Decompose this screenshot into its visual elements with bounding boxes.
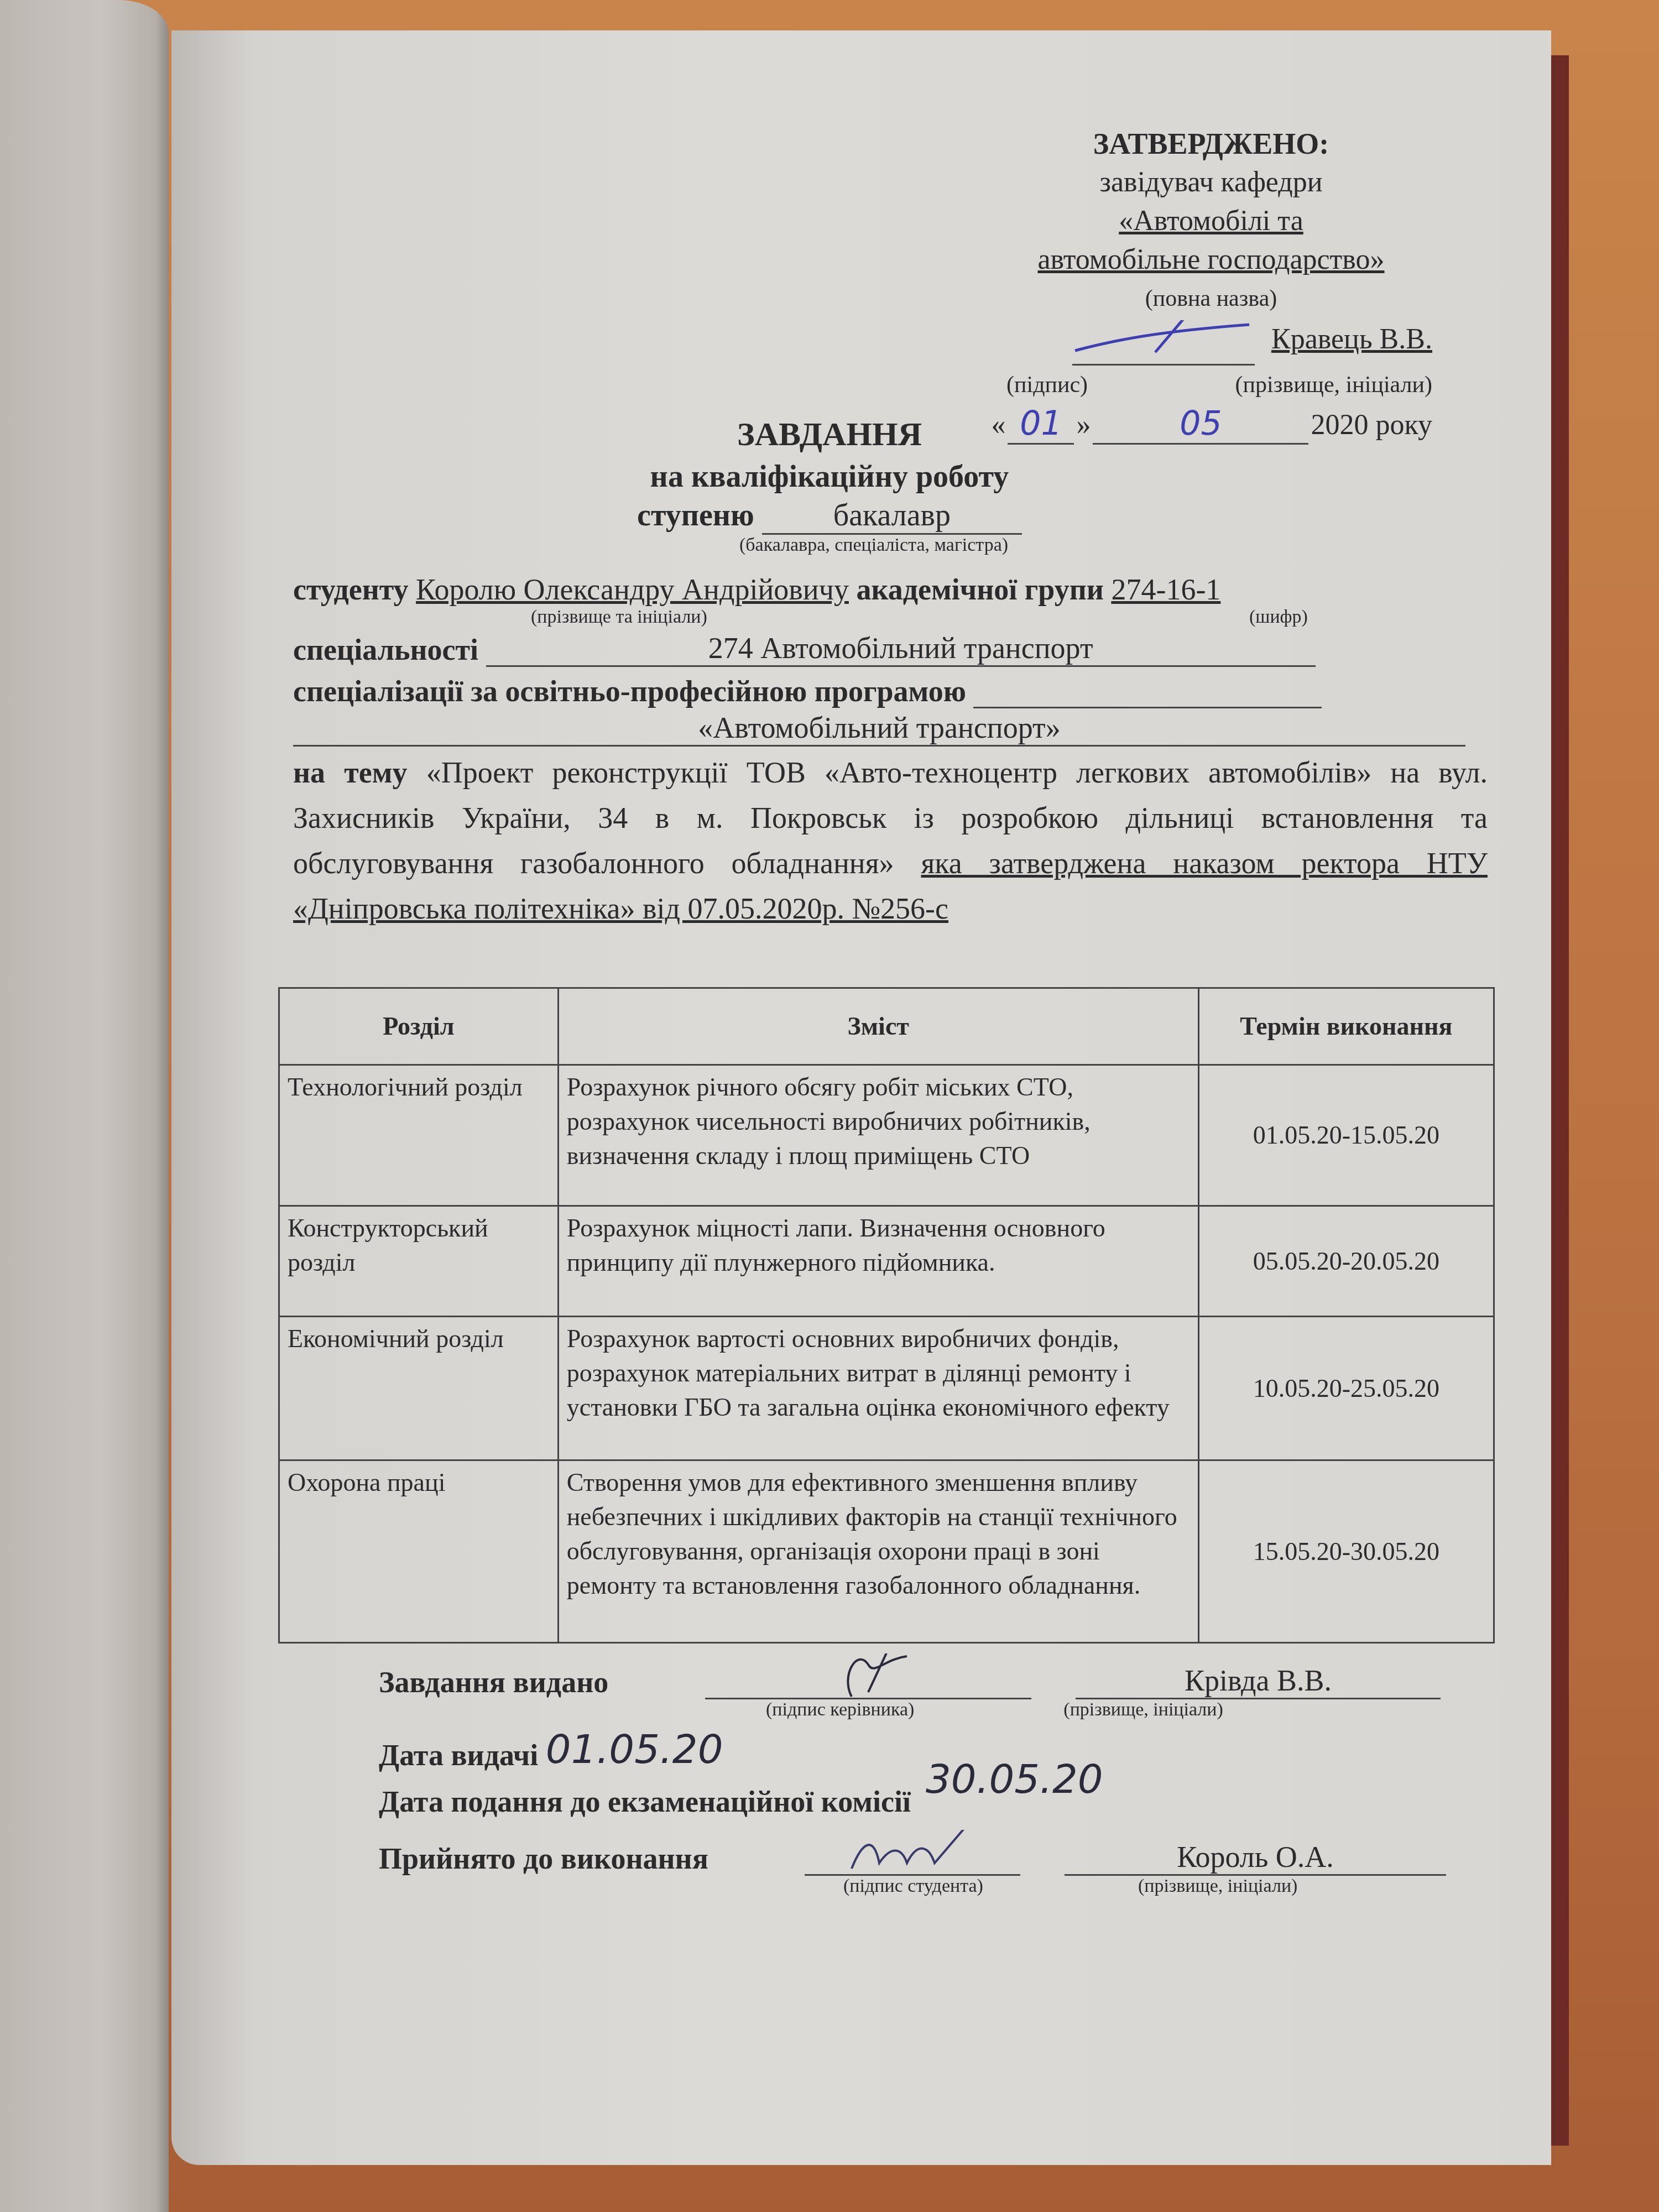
approval-title: ЗАТВЕРДЖЕНО: bbox=[990, 124, 1432, 163]
cell-content: Розрахунок міцності лапи. Визначення осн… bbox=[558, 1206, 1198, 1317]
cell-content: Розрахунок річного обсягу робіт міських … bbox=[558, 1065, 1198, 1206]
page-subtitle: на кваліфікаційну роботу bbox=[553, 456, 1106, 498]
header-term: Термін виконання bbox=[1198, 988, 1494, 1065]
specialty-line: спеціальності 274 Автомобільний транспор… bbox=[293, 631, 1488, 667]
degree-line: ступеню бакалавр bbox=[553, 498, 1106, 535]
header-content: Зміст bbox=[558, 988, 1198, 1065]
table-row: Технологічний розділ Розрахунок річного … bbox=[279, 1065, 1494, 1206]
signoff-block: Завдання видано Крівда В.В. (підпис кері… bbox=[379, 1653, 1485, 1897]
cell-section: Економічний розділ bbox=[279, 1317, 559, 1460]
table-row: Конструкторський розділ Розрахунок міцно… bbox=[279, 1206, 1494, 1317]
submit-date-line: Дата подання до екзаменаційної комісії 3… bbox=[379, 1772, 1485, 1819]
approval-role: завідувач кафедри bbox=[990, 163, 1432, 202]
date-year: 2020 року bbox=[1311, 406, 1432, 445]
department-caption: (повна назва) bbox=[990, 279, 1432, 318]
signature-mark-icon bbox=[830, 1830, 995, 1874]
student-signature-caption: (підпис студента) bbox=[843, 1876, 983, 1897]
cell-content: Розрахунок вартості основних виробничих … bbox=[558, 1317, 1198, 1460]
cell-term: 15.05.20-30.05.20 bbox=[1198, 1460, 1494, 1643]
task-table: Розділ Зміст Термін виконання Технологіч… bbox=[278, 987, 1495, 1644]
specialization-blank bbox=[973, 672, 1322, 708]
supervisor-name: Крівда В.В. bbox=[1076, 1663, 1441, 1699]
specialty-value: 274 Автомобільний транспорт bbox=[486, 631, 1316, 667]
signature-mark-icon bbox=[1072, 320, 1255, 353]
degree-label: ступеню bbox=[637, 498, 754, 533]
accepted-label: Прийнято до виконання bbox=[379, 1841, 805, 1876]
specialization-label: спеціалізації за освітньо-професійною пр… bbox=[293, 674, 966, 708]
name-caption: (прізвище, ініціали) bbox=[1235, 366, 1432, 404]
signature-caption: (підпис) bbox=[1006, 366, 1088, 404]
degree-caption: (бакалавра, спеціаліста, магістра) bbox=[641, 535, 1106, 556]
student-captions: (прізвище та ініціали) (шифр) bbox=[293, 607, 1488, 628]
cell-content: Створення умов для ефективного зменшення… bbox=[558, 1460, 1198, 1643]
table-header-row: Розділ Зміст Термін виконання bbox=[279, 988, 1494, 1065]
degree-value: бакалавр bbox=[762, 498, 1022, 535]
student-info: студенту Королю Олександру Андрійовичу а… bbox=[293, 572, 1488, 931]
student-signature bbox=[805, 1830, 1020, 1876]
group-label: академічної групи bbox=[856, 572, 1104, 607]
specialization-value: «Автомобільний транспорт» bbox=[293, 711, 1465, 747]
student-name: Королю Олександру Андрійовичу bbox=[416, 572, 849, 607]
approval-block: ЗАТВЕРДЖЕНО: завідувач кафедри «Автомобі… bbox=[990, 124, 1432, 445]
cell-term: 05.05.20-20.05.20 bbox=[1198, 1206, 1494, 1317]
cell-term: 01.05.20-15.05.20 bbox=[1198, 1065, 1494, 1206]
department-line-1: «Автомобілі та bbox=[990, 202, 1432, 241]
student-signoff-name: Король О.А. bbox=[1065, 1840, 1446, 1876]
issue-date-label: Дата видачі bbox=[379, 1738, 538, 1772]
supervisor-signature-caption: (підпис керівника) bbox=[766, 1699, 914, 1720]
page-title: ЗАВДАННЯ bbox=[553, 412, 1106, 456]
table-row: Економічний розділ Розрахунок вартості о… bbox=[279, 1317, 1494, 1460]
submit-date-value: 30.05.20 bbox=[926, 1756, 1103, 1802]
header-section: Розділ bbox=[279, 988, 559, 1065]
student-name-caption: (прізвище та ініціали) bbox=[531, 607, 707, 628]
head-signature-field bbox=[1072, 320, 1255, 366]
date-month: 05 bbox=[1093, 404, 1308, 445]
student-line: студенту Королю Олександру Андрійовичу а… bbox=[293, 572, 1488, 607]
accepted-captions: (підпис студента) (прізвище, ініціали) bbox=[379, 1876, 1485, 1897]
left-book-page bbox=[0, 0, 169, 2212]
cell-section: Конструкторський розділ bbox=[279, 1206, 559, 1317]
signature-mark-icon bbox=[785, 1653, 951, 1698]
cell-section: Технологічний розділ bbox=[279, 1065, 559, 1206]
student-label: студенту bbox=[293, 572, 409, 607]
issued-captions: (підпис керівника) (прізвище, ініціали) bbox=[379, 1699, 1485, 1720]
group-value: 274-16-1 bbox=[1111, 572, 1220, 607]
submit-date-label: Дата подання до екзаменаційної комісії bbox=[379, 1785, 911, 1819]
supervisor-name-caption: (прізвище, ініціали) bbox=[1063, 1699, 1223, 1720]
cell-section: Охорона праці bbox=[279, 1460, 559, 1643]
supervisor-signature bbox=[705, 1653, 1031, 1699]
accepted-line: Прийнято до виконання Король О.А. bbox=[379, 1830, 1485, 1876]
department-line-2: автомобільне господарство» bbox=[990, 241, 1432, 279]
specialty-label: спеціальності bbox=[293, 633, 478, 667]
table-row: Охорона праці Створення умов для ефектив… bbox=[279, 1460, 1494, 1643]
document-heading: ЗАВДАННЯ на кваліфікаційну роботу ступен… bbox=[553, 412, 1106, 556]
issued-line: Завдання видано Крівда В.В. bbox=[379, 1653, 1485, 1699]
student-name-caption: (прізвище, ініціали) bbox=[1138, 1876, 1298, 1897]
cell-term: 10.05.20-25.05.20 bbox=[1198, 1317, 1494, 1460]
issue-date-value: 01.05.20 bbox=[546, 1726, 723, 1772]
head-signature-line: Кравець В.В. bbox=[990, 320, 1432, 366]
specialization-line: спеціалізації за освітньо-професійною пр… bbox=[293, 672, 1488, 708]
book-cover-edge bbox=[1551, 55, 1569, 2146]
theme-paragraph: на тему «Проект реконструкції ТОВ «Авто-… bbox=[293, 750, 1488, 931]
group-caption: (шифр) bbox=[1249, 607, 1308, 628]
theme-label: на тему bbox=[293, 756, 408, 789]
specialization-value-line: «Автомобільний транспорт» bbox=[293, 711, 1488, 747]
head-name: Кравець В.В. bbox=[1271, 320, 1432, 366]
issued-label: Завдання видано bbox=[379, 1665, 705, 1699]
head-captions: (підпис) (прізвище, ініціали) bbox=[990, 366, 1432, 404]
